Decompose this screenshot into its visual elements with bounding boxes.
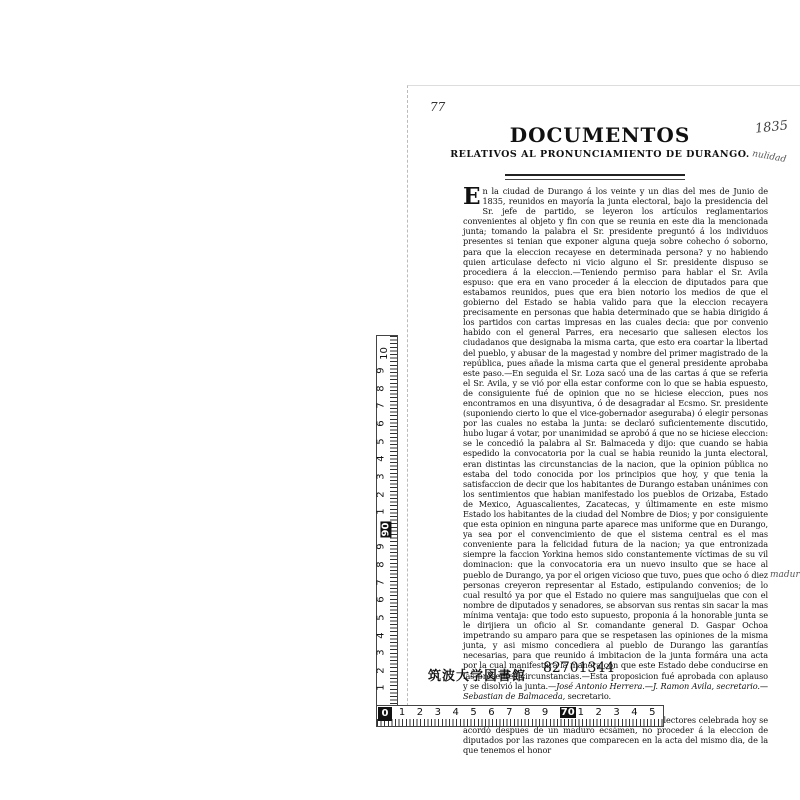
library-seal: 筑波大学図書館 [428,665,526,684]
ruler-label: 2 [596,707,602,718]
drop-cap: E [463,187,480,207]
ruler-label: 5 [376,438,387,444]
handwritten-page-number: 77 [430,100,445,114]
ruler-label: 1 [578,707,584,718]
ruler-label: 70 [560,707,576,718]
ruler-label: 10 [379,347,390,360]
ruler-label: 2 [417,707,423,718]
ruler-label: 9 [376,544,387,550]
document-title: DOCUMENTOS [400,123,800,147]
ruler-label: 8 [524,707,530,718]
ruler-label: 3 [376,649,387,655]
ruler-ticks [377,719,663,726]
ruler-label: 2 [376,667,387,673]
ruler-label: 8 [376,561,387,567]
ruler-label: 9 [542,707,548,718]
document-header: DOCUMENTOS RELATIVOS AL PRONUNCIAMIENTO … [400,123,800,160]
ruler-label: 6 [376,597,387,603]
vertical-ruler: 1234567899012345678910 [376,335,398,707]
document-subtitle: RELATIVOS AL PRONUNCIAMIENTO DE DURANGO. [400,149,800,160]
ruler-label: 1 [376,685,387,691]
ruler-origin: 0 [378,707,392,721]
ruler-label: 3 [376,473,387,479]
ruler-label: 6 [376,420,387,426]
ruler-label: 5 [649,707,655,718]
ruler-label: 4 [376,632,387,638]
ruler-label: 7 [506,707,512,718]
ruler-label: 7 [376,579,387,585]
decorative-rule [505,174,685,180]
ruler-label: 5 [470,707,476,718]
ruler-label: 1 [399,707,405,718]
ruler-label: 4 [453,707,459,718]
ruler-label: 90 [380,521,391,537]
ruler-label: 5 [376,614,387,620]
ruler-label: 3 [435,707,441,718]
ruler-label: 4 [376,456,387,462]
ruler-label: 4 [631,707,637,718]
horizontal-ruler: 1234567897012345 [376,705,664,727]
ruler-label: 7 [376,403,387,409]
ruler-label: 2 [376,491,387,497]
ruler-label: 8 [376,385,387,391]
ruler-label: 3 [613,707,619,718]
paragraph-1: En la ciudad de Durango á los veinte y u… [463,186,768,701]
handwritten-side-note: madura [770,570,800,580]
ruler-label: 9 [376,368,387,374]
ruler-label: 6 [488,707,494,718]
ruler-label: 1 [376,509,387,515]
catalog-number: 82701344 [543,660,614,676]
